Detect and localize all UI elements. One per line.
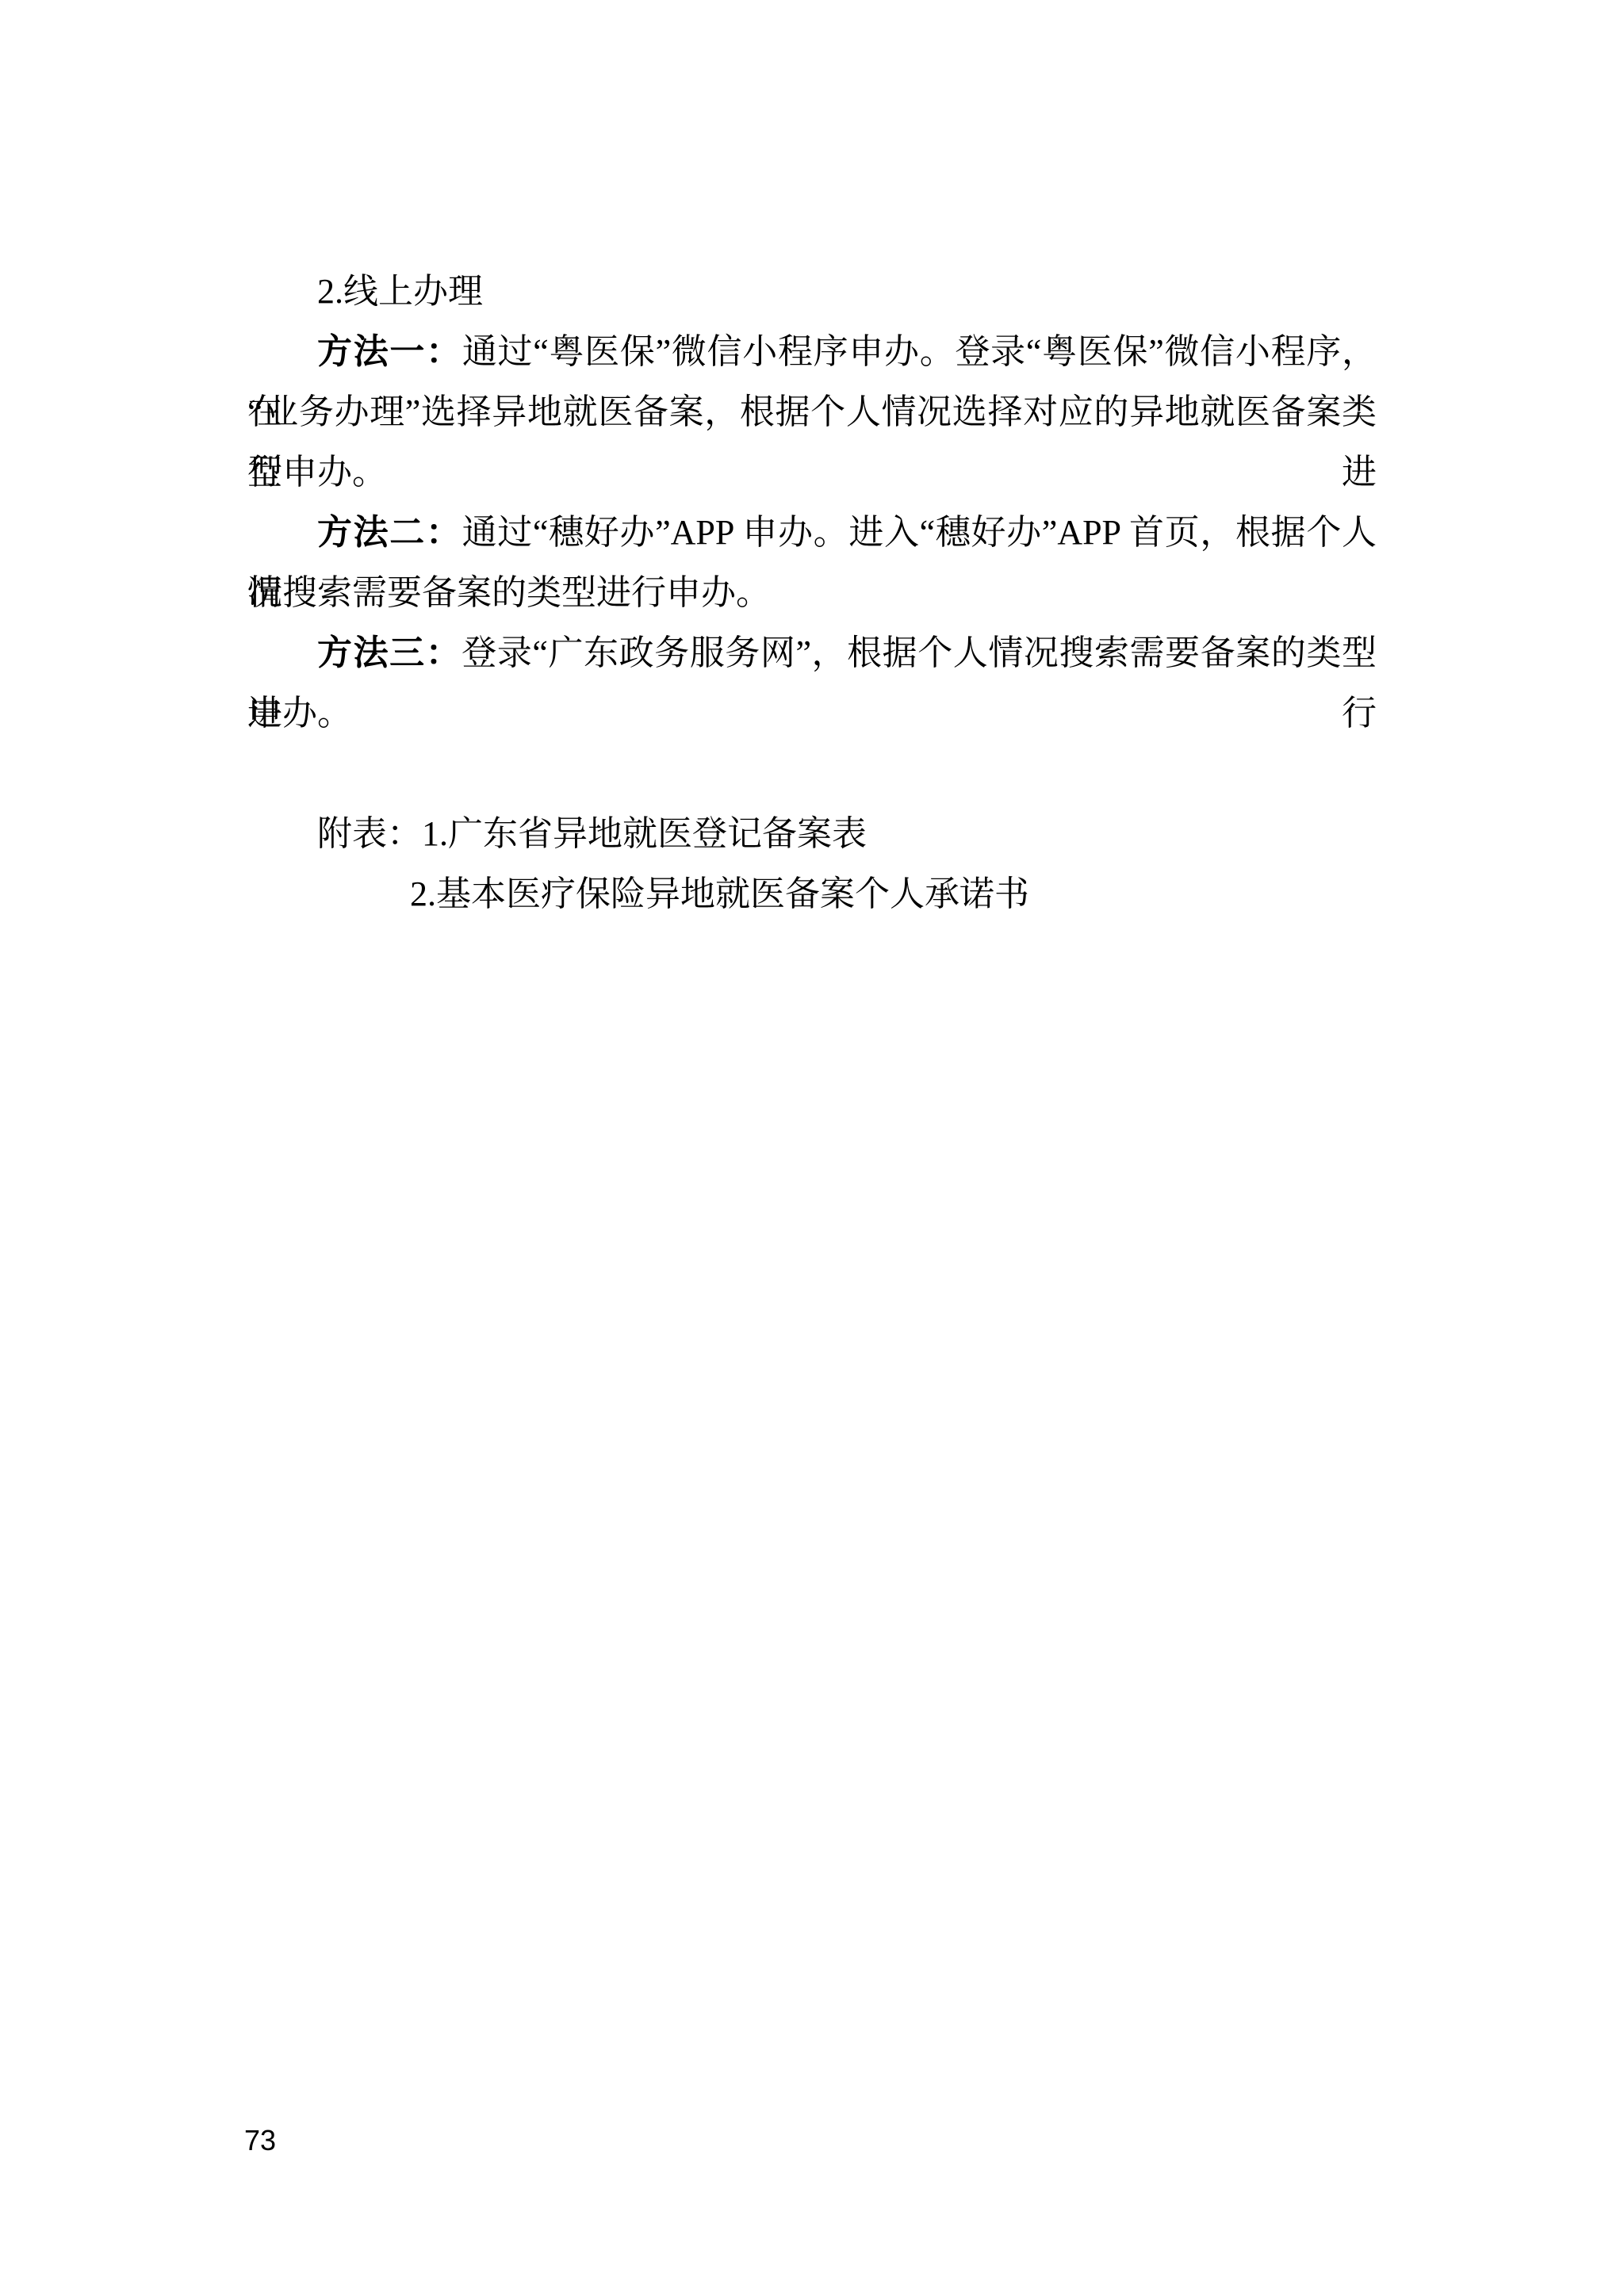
paragraph-bold-label: 方法二： [317, 513, 462, 552]
body-line: 方法二：通过“穗好办”APP 申办。进入“穗好办”APP 首页，根据个人情 [247, 503, 1377, 563]
attachment-item: 2.基本医疗保险异地就医备案个人承诺书 [410, 874, 1029, 913]
attachments-block: 附表：1.广东省异地就医登记备案表 2.基本医疗保险异地就医备案个人承诺书 [247, 804, 1377, 924]
body-text-block: 2.线上办理 方法一：通过“粤医保”微信小程序申办。登录“粤医保”微信小程序，在… [247, 262, 1377, 924]
body-line-text: “业务办理”选择异地就医备案，根据个人情况选择对应的异地就医备案类型进 [247, 392, 1377, 492]
document-page: 2.线上办理 方法一：通过“粤医保”微信小程序申办。登录“粤医保”微信小程序，在… [0, 0, 1624, 2296]
body-line-text: 申办。 [247, 694, 352, 733]
page-number: 73 [244, 2123, 276, 2158]
body-line: “业务办理”选择异地就医备案，根据个人情况选择对应的异地就医备案类型进 [247, 382, 1377, 442]
attachment-line: 附表：1.广东省异地就医登记备案表 [247, 804, 1377, 864]
paragraph-bold-label: 方法一： [317, 332, 462, 371]
body-line: 况搜索需要备案的类型进行申办。 [247, 563, 1377, 623]
paragraph-bold-label: 方法三： [317, 633, 462, 672]
attachment-item: 1.广东省异地就医登记备案表 [422, 814, 867, 853]
body-line-text: 2.线上办理 [317, 272, 483, 311]
body-line-text: 况搜索需要备案的类型进行申办。 [247, 573, 771, 612]
body-line: 方法三：登录“广东政务服务网”，根据个人情况搜索需要备案的类型进行 [247, 623, 1377, 683]
attachments-label: 附表： [317, 814, 422, 853]
body-line-text: 行申办。 [247, 453, 387, 492]
attachment-line: 2.基本医疗保险异地就医备案个人承诺书 [247, 864, 1377, 924]
body-line: 2.线上办理 [247, 262, 1377, 322]
body-line: 方法一：通过“粤医保”微信小程序申办。登录“粤医保”微信小程序，在 [247, 322, 1377, 382]
